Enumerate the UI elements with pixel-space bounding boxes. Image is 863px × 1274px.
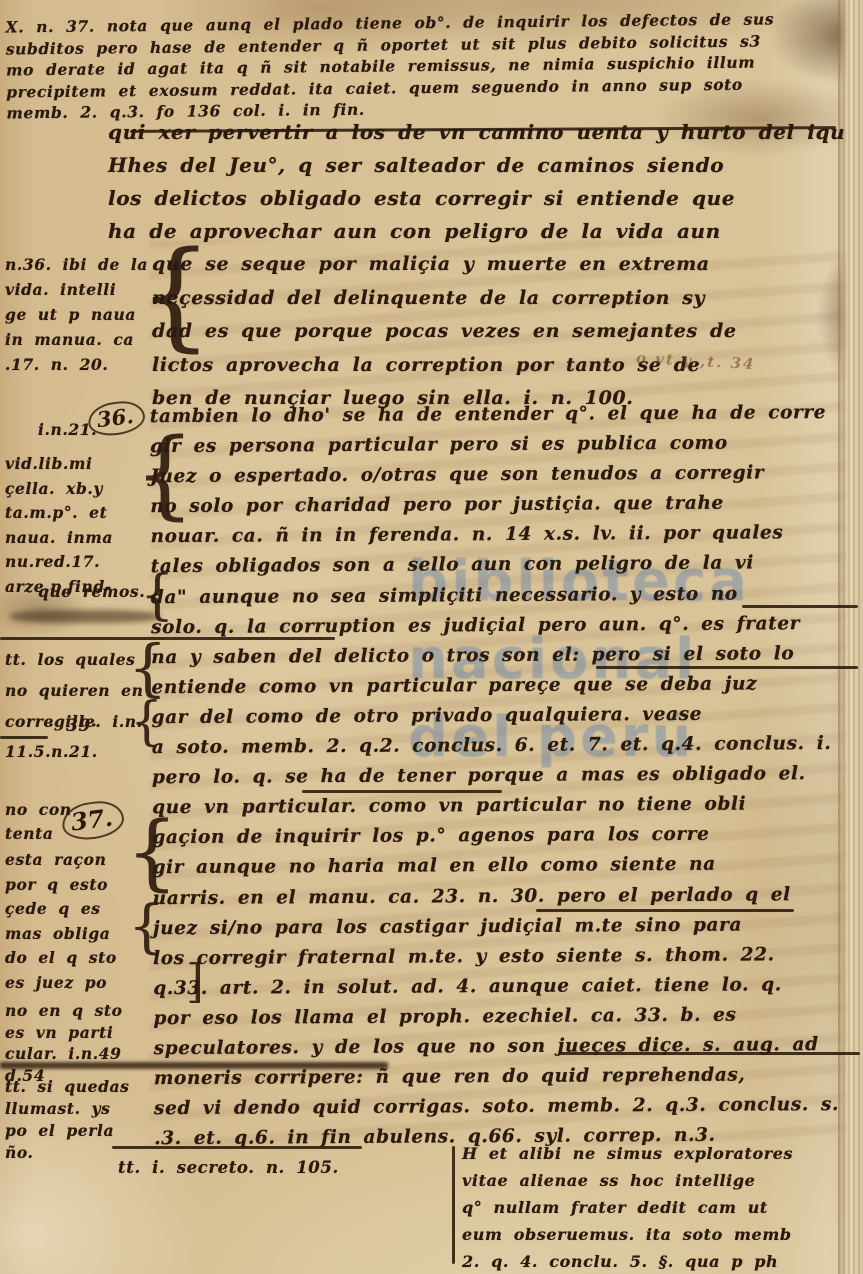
underline-rule [536,909,794,912]
margin-line: in manua. ca [5,327,150,352]
margin-line: no en q sto [5,1000,135,1022]
ink-rule [0,637,335,640]
main-line: gir es persona particular pero si es pub… [150,428,856,462]
margin-line: çella. xb.y [5,477,145,502]
ink-rule [0,736,48,739]
paragraph-line: Hhes del Jeu°, q ser salteador de camino… [108,149,856,182]
footer-line: vitae alienae ss hoc intellige [462,1167,792,1194]
margin-note-1521: 11.5.n.21. [5,742,98,761]
main-line: nouar. ca. ñ in in ferenda. n. 14 x.s. l… [150,518,856,552]
head-note-block: X. n. 37. nota que aunq el plado tiene o… [5,8,858,124]
footer-line: eum obseruemus. ita soto memb [462,1221,792,1248]
footer-right-note: H et alibi ne simus exploratores vitae a… [462,1140,792,1274]
margin-brace: { [126,818,178,888]
margin-line: çede q es [5,897,135,922]
main-line: speculatores. y de los que no son jueçes… [154,1030,860,1064]
margin-line: ta.m.p°. et [5,501,145,526]
main-line: a soto. memb. 2. q.2. conclus. 6. et. 7.… [152,729,858,763]
margin-line: por q esto [5,873,135,898]
margin-line: es juez po [5,971,135,996]
main-line: por eso los llama el proph. ezechiel. ca… [153,1000,859,1034]
footer-line: 2. q. 4. conclu. 5. §. qua p ph [462,1248,792,1274]
margin-line: po el perla [5,1120,145,1142]
underline-rule [596,666,858,669]
margin-line: .17. n. 20. [5,352,150,377]
main-line: tambien lo dho' se ha de entender q°. el… [150,398,856,432]
margin-line: vid.lib.mi [5,452,145,477]
margin-line: tt. si quedas [5,1076,145,1098]
margin-brace: { [138,244,213,344]
underline-rule [560,1052,860,1055]
margin-brace: ] [186,962,204,1001]
margin-line: que remos. [38,582,145,601]
margin-note-siquedas: tt. si quedas llumast. ys po el perla ño… [5,1076,145,1164]
main-line: entiende como vn particular pareçe que s… [151,669,857,703]
margin-line: tenta [5,822,95,846]
margin-line: i.n.21. [38,420,97,439]
margin-line: nu.red.17. [5,550,145,575]
smudged-rule [0,1062,388,1069]
margin-brace: { [128,642,167,695]
paragraph-line: ha de aprovechar aun con peligro de la v… [108,215,856,248]
margin-line: do el q sto [5,946,135,971]
footer-line: H et alibi ne simus exploratores [462,1140,792,1167]
main-line: los corregir fraternal m.te. y esto sien… [153,940,859,974]
footer-left-note: tt. i. secreto. n. 105. [118,1158,339,1177]
main-text-block: tambien lo dho' se ha de entender q°. el… [150,398,861,1155]
margin-brace: { [134,434,195,516]
upper-line: neçessidad del delinquente de la corrept… [152,282,858,316]
main-line: q.33. art. 2. in solut. ad. 4. aunque ca… [153,970,859,1004]
main-line: gir aunque no haria mal en ello como sie… [152,849,858,883]
main-line: Juez o espertado. o/otras que son tenudo… [150,458,856,492]
footer-bracket-rule [452,1146,455,1264]
margin-note-queremos: que remos. [38,582,145,601]
margin-line: naua. inma [5,526,145,551]
margin-line: 11.5.n.21. [5,742,98,761]
crossed-line: qui xer pervertir a los de vn camino uen… [108,116,856,149]
margin-line: es vn parti [5,1022,135,1044]
ink-smudge [10,610,160,623]
main-line: tales obligados son a sello aun con peli… [151,548,857,582]
main-line: que vn particular. como vn particular no… [152,789,858,823]
margin-line: esta raçon [5,848,135,873]
margin-note-references: vid.lib.mi çella. xb.y ta.m.p°. et naua.… [5,452,145,599]
margin-note-estarazon: esta raçon por q esto çede q es mas obli… [5,848,135,995]
main-line: juez si/no para los castigar judiçial m.… [153,909,859,943]
underline-rule [112,1146,362,1149]
main-line: sed vi dendo quid corrigas. soto. memb. … [154,1090,860,1124]
margin-line: mas obliga [5,922,135,947]
main-line: da" aunque no sea simpliçiti necessario.… [151,578,857,612]
margin-note-nocontenta: no con tenta [5,798,95,846]
margin-line: llumast. ys [5,1098,145,1120]
main-line: gar del como de otro privado qualquiera.… [152,699,858,733]
margin-line: no con [5,798,95,822]
margin-line: vida. intelli [5,277,150,302]
margin-line: n.36. ibi de la [5,252,150,277]
footer-line: tt. i. secreto. n. 105. [118,1158,339,1177]
margin-line: ge ut p naua [5,302,150,327]
margin-line: · 39· [48,716,97,736]
margin-note-noenquesto: no en q sto es vn parti cular. i.n.49 d.… [5,1000,135,1086]
underline-rule [302,790,502,793]
footer-line: q° nullam frater dedit cam ut [462,1194,792,1221]
upper-line: que se seque por maliçia y muerte en ext… [152,248,858,282]
margin-brace: { [140,572,174,618]
margin-note-in21: i.n.21. [38,420,97,439]
margin-brace: { [130,700,163,744]
main-line: pero lo. q. se ha de tener porque a mas … [152,759,858,793]
main-line: gaçion de inquirir los p.° agenos para l… [152,819,858,853]
upper-text-block: que se seque por maliçia y muerte en ext… [152,248,858,416]
margin-brace: { [128,902,165,951]
paragraph-line: los delictos obligado esta corregir si e… [108,182,856,215]
crossed-paragraph-block: qui xer pervertir a los de vn camino uen… [108,116,856,248]
main-line: no solo por charidad pero por justiçia. … [150,488,856,522]
margin-note-n36: n.36. ibi de la vida. intelli ge ut p na… [5,252,150,377]
manuscript-page: biblioteca nacional del perú X. n. 37. n… [0,0,863,1274]
margin-note-39: · 39· [48,716,97,736]
underline-rule [742,605,858,608]
upper-line: dad es que porque pocas vezes en semejan… [152,315,858,349]
